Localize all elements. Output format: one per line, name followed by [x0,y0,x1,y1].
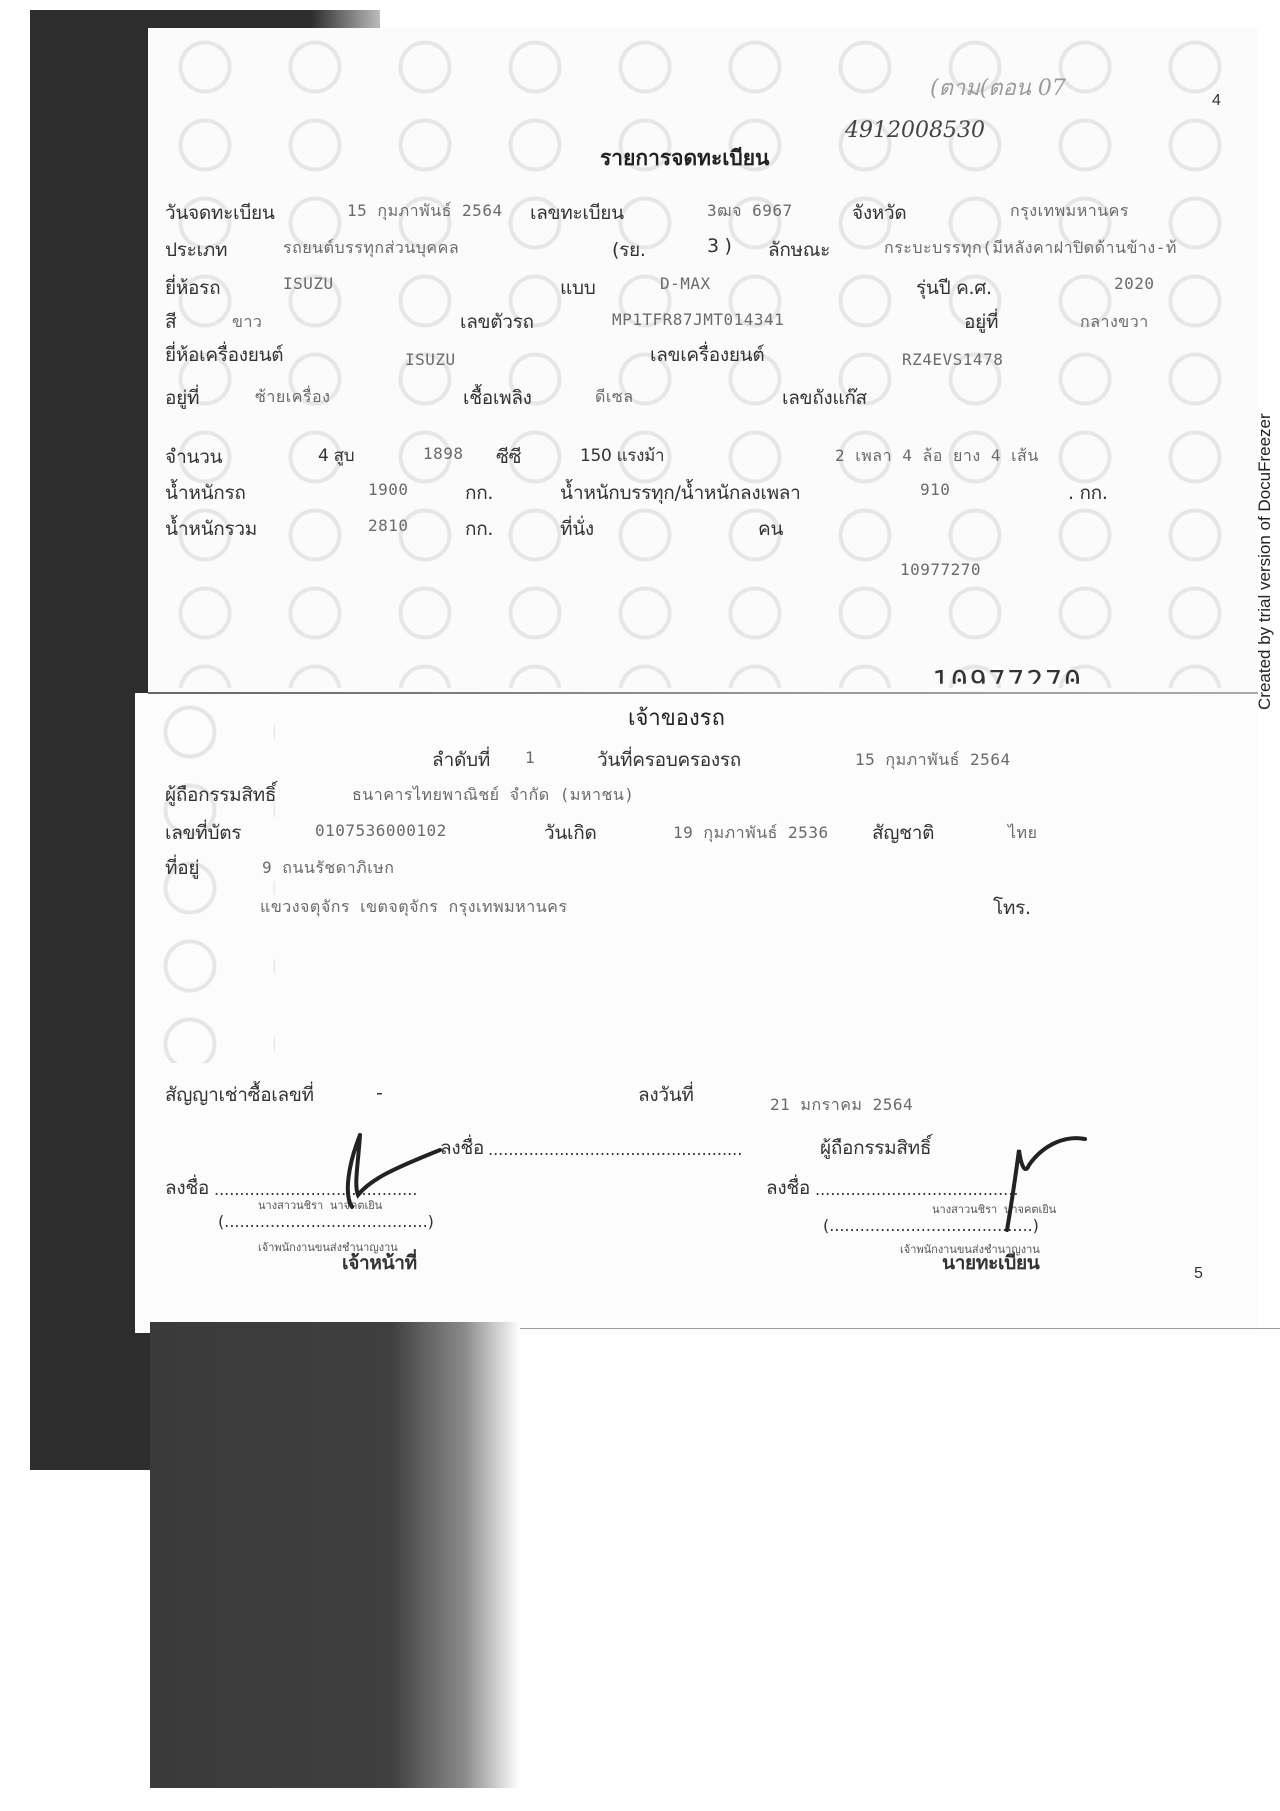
scan-shadow-bottom [150,1322,520,1788]
registrar-sign-label: ลงชื่อ [766,1173,810,1203]
gas-tank-label: เลขถังแก๊ส [782,383,867,413]
cc-label: ซีซี [496,442,521,472]
color-label: สี [165,307,176,337]
engine-brand-label: ยี่ห้อเครื่องยนต์ [165,340,283,370]
province-label: จังหวัด [852,198,906,228]
type-code-value: 3 ) [707,235,732,257]
brand-value: ISUZU [283,274,334,293]
holder-sign-title: ผู้ถือกรรมสิทธิ์ [820,1133,931,1163]
gross-weight-value: 2810 [368,516,409,535]
fold-line [148,692,1258,694]
reg-no-label: เลขทะเบียน [530,198,624,228]
year-value: 2020 [1114,274,1155,293]
possession-date-value: 15 กุมภาพันธ์ 2564 [855,748,1011,773]
seats-unit: คน [758,514,783,544]
body-value: กระบะบรรทุก(มีหลังคาฝาปิดด้านข้าง-ท้ [884,236,1177,261]
chassis-value: MP1TFR87JMT014341 [612,310,784,329]
type-value: รถยนต์บรรทุกส่วนบุคคล [283,236,459,261]
contract-date-label: ลงวันที่ [638,1080,694,1110]
page-edge-line [520,1328,1280,1329]
horsepower-value: 150 แรงม้า [580,442,664,469]
chassis-label: เลขตัวรถ [460,307,534,337]
engine-no-value: RZ4EVS1478 [902,350,1003,369]
contract-date-value: 21 มกราคม 2564 [770,1093,913,1118]
type-label: ประเภท [165,235,227,265]
brand-label: ยี่ห้อรถ [165,273,220,303]
page-number-bottom: 5 [1194,1265,1203,1283]
holder-sign-line: ........................................… [488,1140,742,1159]
fuel-label: เชื้อเพลิง [463,383,532,413]
birth-date-value: 19 กุมภาพันธ์ 2536 [673,821,829,846]
cc-value: 1898 [423,444,464,463]
nationality-value: ไทย [1008,821,1037,846]
engine-location-value: ซ้ายเครื่อง [255,385,330,410]
owner-sheet [135,693,1258,1333]
page-number-top: 4 [1212,92,1221,110]
model-value: D-MAX [660,274,711,293]
hire-purchase-label: สัญญาเช่าซื้อเลขที่ [165,1080,314,1110]
province-value: กรุงเทพมหานคร [1010,199,1129,224]
gross-weight-label: น้ำหนักรวม [165,514,257,544]
holder-label: ผู้ถือกรรมสิทธิ์ [165,780,276,810]
sequence-label: ลำดับที่ [432,745,490,775]
chassis-location-value: กลางขวา [1080,310,1149,335]
docufreezer-watermark: Created by trial version of DocuFreezer [1255,413,1275,710]
weight-unit: กก. [465,478,493,508]
scan-shadow-top [150,10,380,30]
cylinders-value: 4 สูบ [318,442,354,469]
officer-sign-label: ลงชื่อ [165,1173,209,1203]
hire-purchase-value: - [376,1082,383,1104]
holder-value: ธนาคารไทยพาณิชย์ จำกัด (มหาชน) [352,783,634,808]
model-label: แบบ [560,273,595,303]
axles-value: 2 เพลา 4 ล้อ ยาง 4 เส้น [835,444,1039,469]
gross-weight-unit: กก. [465,514,493,544]
id-number-label: เลขที่บัตร [165,818,241,848]
count-label: จำนวน [165,442,222,472]
engine-location-label: อยู่ที่ [165,383,199,413]
weight-label: น้ำหนักรถ [165,478,246,508]
document-serial: 10977270 [900,560,981,579]
load-unit: . กก. [1068,478,1108,508]
registration-title: รายการจดทะเบียน [600,142,769,175]
reg-date-value: 15 กุมภาพันธ์ 2564 [347,199,503,224]
reg-no-value: 3ฒจ 6967 [707,199,793,224]
engine-no-label: เลขเครื่องยนต์ [650,340,764,370]
possession-date-label: วันที่ครอบครองรถ [597,745,741,775]
id-number-value: 0107536000102 [315,821,447,840]
color-value: ขาว [232,310,262,335]
registrar-role: นายทะเบียน [942,1248,1040,1278]
body-label: ลักษณะ [768,235,830,265]
registrar-signature-icon [985,1125,1095,1235]
type-code-label: (รย. [612,235,646,265]
nationality-label: สัญชาติ [872,818,934,848]
engine-brand-value: ISUZU [405,350,456,369]
owner-title: เจ้าของรถ [628,700,725,735]
handwritten-number: 4912008530 [845,118,985,143]
load-label: น้ำหนักบรรทุก/น้ำหนักลงเพลา [560,478,801,508]
year-label: รุ่นปี ค.ศ. [916,273,992,303]
scan-shadow-left [30,10,150,1470]
handwritten-note: (ตาม(ตอน 07 [930,70,1066,105]
birth-date-label: วันเกิด [544,818,597,848]
officer-role: เจ้าหน้าที่ [342,1248,417,1278]
load-value: 910 [920,480,950,499]
seats-label: ที่นั่ง [560,514,594,544]
sequence-value: 1 [525,748,535,767]
seal-watermark-pattern-lower [135,693,275,1063]
weight-value: 1900 [368,480,409,499]
chassis-location-label: อยู่ที่ [964,307,998,337]
officer-signature-icon [330,1125,460,1215]
phone-label: โทร. [993,893,1031,923]
fuel-value: ดีเซล [595,385,634,410]
reg-date-label: วันจดทะเบียน [165,198,275,228]
address-line-2: แขวงจตุจักร เขตจตุจักร กรุงเทพมหานคร [260,895,567,920]
address-line-1: 9 ถนนรัชดาภิเษก [262,856,394,881]
address-label: ที่อยู่ [165,853,199,883]
